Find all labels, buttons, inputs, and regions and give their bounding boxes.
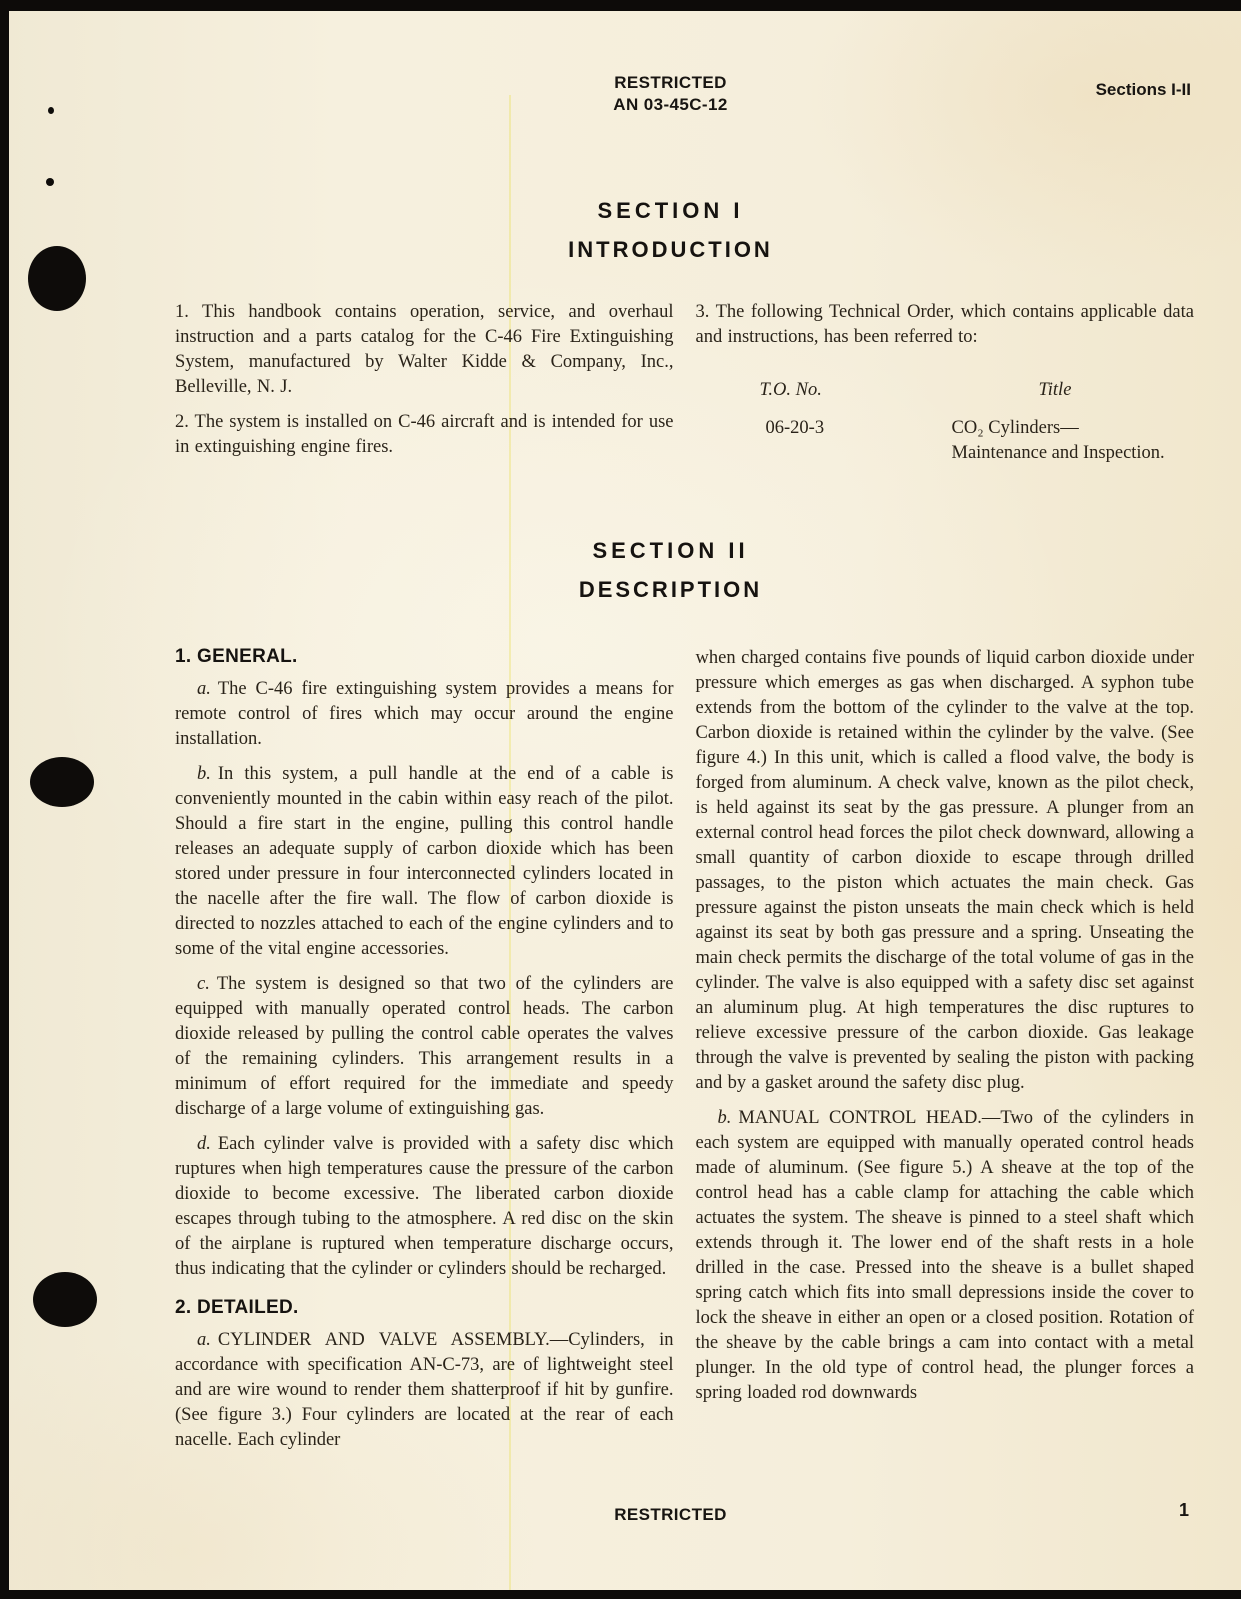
to-no-value: 06-20-3 [696, 416, 896, 466]
title-line-2: Maintenance and Inspection. [952, 441, 1195, 466]
to-no-header: T.O. No. [696, 378, 896, 403]
paragraph-marker: c. [197, 974, 210, 994]
section1-left-column: 1. This handbook contains operation, ser… [175, 300, 674, 479]
general-subheading: 1. GENERAL. [175, 646, 674, 668]
punch-hole [33, 1272, 97, 1327]
title-value: CO₂ Cylinders— Maintenance and Inspectio… [896, 416, 1195, 466]
paragraph-general-c: c.The system is designed so that two of … [175, 972, 674, 1122]
paragraph-manual-control-head: b.MANUAL CONTROL HEAD.—Two of the cylind… [696, 1106, 1195, 1406]
section2-heading: SECTION II DESCRIPTION [100, 538, 1241, 603]
scan-edge-left [0, 0, 9, 1599]
section2-right-column: when charged contains five pounds of liq… [696, 646, 1195, 1463]
paragraph-text: CYLINDER AND VALVE ASSEMBLY.—Cylinders, … [175, 1330, 674, 1450]
section2-title: SECTION II [100, 538, 1241, 564]
section1-heading: SECTION I INTRODUCTION [100, 198, 1241, 263]
punch-hole [28, 246, 86, 311]
paragraph-text: MANUAL CONTROL HEAD.—Two of the cylinder… [696, 1108, 1195, 1403]
paragraph-2: 2. The system is installed on C-46 aircr… [175, 410, 674, 460]
paragraph-text: The C-46 fire extinguishing system provi… [175, 679, 674, 749]
scan-edge-top [0, 0, 1241, 11]
page-header: RESTRICTED AN 03-45C-12 [100, 72, 1241, 116]
paragraph-text: The system is designed so that two of th… [175, 974, 674, 1119]
punch-hole [30, 757, 94, 807]
paragraph-marker: a. [197, 1330, 211, 1350]
scanned-manual-page: RESTRICTED AN 03-45C-12 Sections I-II SE… [0, 0, 1241, 1599]
footer-restricted-stamp: RESTRICTED [100, 1505, 1241, 1525]
section1-subtitle: INTRODUCTION [100, 237, 1241, 263]
section2-subtitle: DESCRIPTION [100, 577, 1241, 603]
scan-edge-bottom [0, 1590, 1241, 1599]
paragraph-marker: b. [197, 764, 211, 784]
ink-speck [48, 107, 54, 114]
paragraph-general-a: a.The C-46 fire extinguishing system pro… [175, 677, 674, 752]
section1-right-column: 3. The following Technical Order, which … [696, 300, 1195, 479]
technical-order-table: T.O. No. Title 06-20-3 CO₂ Cylinders— Ma… [696, 378, 1195, 466]
table-row: 06-20-3 CO₂ Cylinders— Maintenance and I… [696, 416, 1195, 466]
paragraph-text: In this system, a pull handle at the end… [175, 764, 674, 959]
restricted-stamp: RESTRICTED [100, 72, 1241, 94]
paragraph-general-b: b.In this system, a pull handle at the e… [175, 762, 674, 962]
paragraph-1: 1. This handbook contains operation, ser… [175, 300, 674, 400]
detailed-subheading: 2. DETAILED. [175, 1297, 674, 1319]
paragraph-marker: a. [197, 679, 211, 699]
paragraph-detailed-a: a.CYLINDER AND VALVE ASSEMBLY.—Cylinders… [175, 1328, 674, 1453]
paragraph-general-d: d.Each cylinder valve is provided with a… [175, 1132, 674, 1282]
document-number: AN 03-45C-12 [100, 94, 1241, 116]
paragraph-text: Each cylinder valve is provided with a s… [175, 1134, 674, 1279]
title-line-1: CO₂ Cylinders— [952, 416, 1195, 441]
paragraph-marker: b. [718, 1108, 732, 1128]
paragraph-3: 3. The following Technical Order, which … [696, 300, 1195, 350]
section2-left-column: 1. GENERAL. a.The C-46 fire extinguishin… [175, 646, 674, 1463]
sections-label: Sections I-II [1096, 80, 1191, 100]
page-number: 1 [1179, 1500, 1189, 1521]
section2-columns: 1. GENERAL. a.The C-46 fire extinguishin… [175, 646, 1194, 1463]
paragraph-marker: d. [197, 1134, 211, 1154]
table-header-row: T.O. No. Title [696, 378, 1195, 403]
paragraph-cylinder-continued: when charged contains five pounds of liq… [696, 646, 1195, 1096]
ink-speck [46, 178, 54, 186]
section1-title: SECTION I [100, 198, 1241, 224]
title-header: Title [896, 378, 1195, 403]
section1-columns: 1. This handbook contains operation, ser… [175, 300, 1194, 479]
